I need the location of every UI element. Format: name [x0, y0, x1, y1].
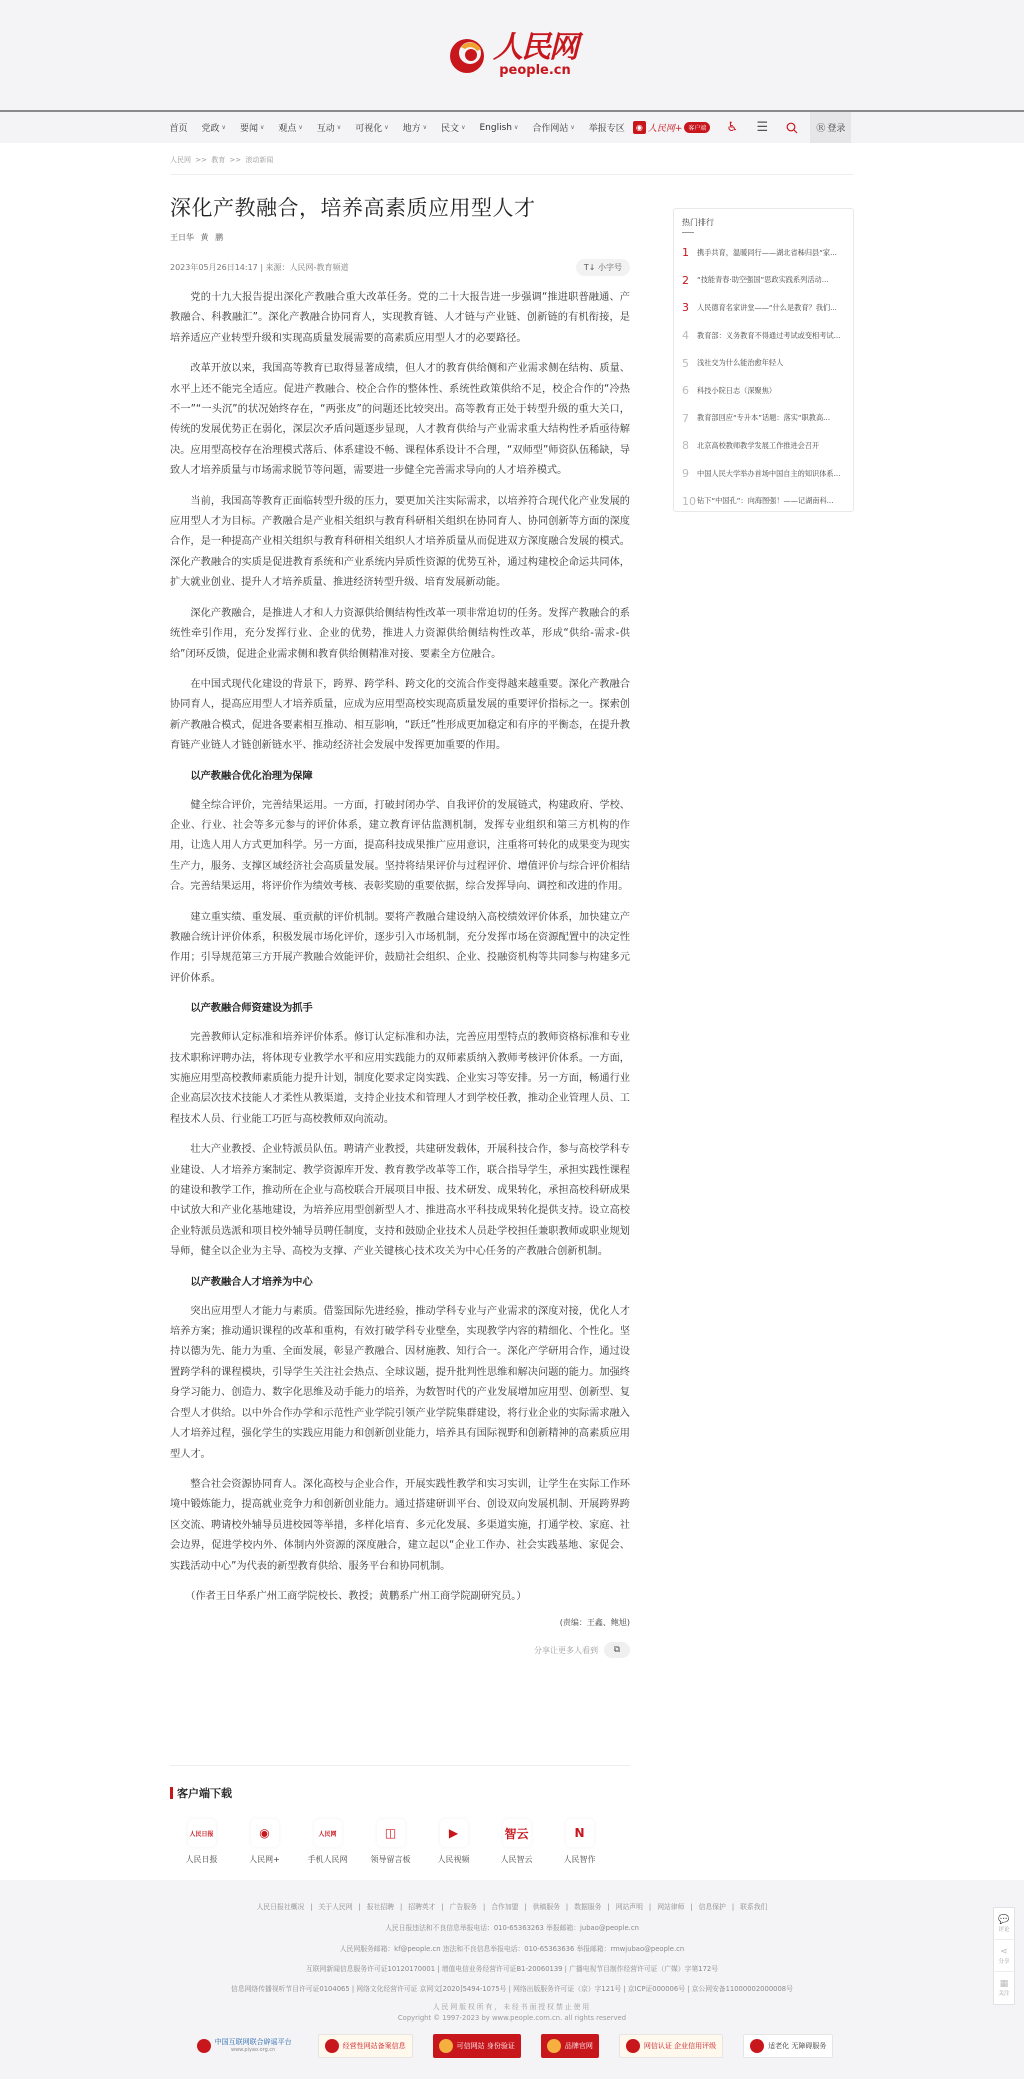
article-paragraph: 党的十九大报告提出深化产教融合重大改革任务。党的二十大报告进一步强调“推进职普融…: [170, 288, 630, 349]
section-heading: 以产教融合师资建设为抓手: [170, 999, 630, 1014]
hot-ranking-title: 热门排行: [682, 217, 845, 232]
rank-title: 北京高校教师教学发展工作推进会召开: [697, 441, 819, 451]
comment-icon: 💬: [998, 1915, 1009, 1925]
rank-number: 7: [682, 412, 694, 425]
title-underline: [682, 232, 694, 233]
article-authors: 王日华 黄 鹏: [170, 232, 630, 243]
app-label: 人民视频: [438, 1854, 470, 1865]
app-icon: 人民日报: [188, 1819, 216, 1847]
app-glyph: 人民网: [318, 1829, 336, 1838]
link-separator: |: [483, 1903, 485, 1911]
hot-ranking-item[interactable]: 8北京高校教师教学发展工作推进会召开: [682, 432, 845, 460]
nav-item-news[interactable]: 要闻∨: [240, 121, 264, 134]
rank-number: 8: [682, 439, 694, 452]
nav-item-home[interactable]: 首页: [170, 121, 188, 134]
app-icon: ▶: [440, 1819, 468, 1847]
trust-badge[interactable]: 经营性网站备案信息: [318, 2034, 413, 2058]
article-paragraph: 壮大产业教授、企业特派员队伍。聘请产业教授，共建研发载体，开展科技合作，参与高校…: [170, 1140, 630, 1262]
chevron-down-icon: ∨: [337, 124, 341, 131]
chevron-down-icon: ∨: [461, 124, 465, 131]
font-size-toggle[interactable]: T↓ 小字号: [576, 259, 630, 276]
menu-icon[interactable]: ☰: [750, 120, 774, 135]
login-button[interactable]: Ⓡ 登录: [810, 112, 851, 143]
hot-ranking-item[interactable]: 5浅社交为什么能治愈年轻人: [682, 349, 845, 377]
app-icon: 人民网: [314, 1819, 342, 1847]
trust-badge[interactable]: 网信认证 企业信用评级: [619, 2034, 723, 2058]
people-create-app[interactable]: N人民智作: [548, 1819, 611, 1865]
app-glyph: N: [574, 1826, 584, 1840]
divider: [170, 174, 854, 175]
link-separator: |: [732, 1903, 734, 1911]
search-icon[interactable]: [780, 122, 804, 134]
people-daily-app[interactable]: 人民日报人民日报: [170, 1819, 233, 1865]
footer-link[interactable]: 广告服务: [450, 1903, 477, 1911]
footer-link[interactable]: 合作加盟: [491, 1903, 518, 1911]
floating-action-bar: 💬评论⋖分享▦关注: [993, 1907, 1015, 2005]
link-separator: |: [359, 1903, 361, 1911]
badge-text: 网信认证 企业信用评级: [644, 2042, 716, 2050]
footer-link[interactable]: 数据服务: [574, 1903, 601, 1911]
app-label: 人民智作: [564, 1854, 596, 1865]
main-nav: 首页 党政∨ 要闻∨ 观点∨ 互动∨ 可视化∨ 地方∨ 民文∨ English∨…: [0, 112, 1024, 143]
footer-link[interactable]: 报社招聘: [367, 1903, 394, 1911]
hot-ranking-item[interactable]: 2“技能青春·助空强国”思政实践系列活动...: [682, 267, 845, 295]
hot-ranking-item[interactable]: 10钻下“中国孔”：向海图强！——记湖南科...: [682, 487, 845, 515]
nav-item-opinion[interactable]: 观点∨: [278, 121, 302, 134]
link-separator: |: [649, 1903, 651, 1911]
user-icon: Ⓡ: [816, 121, 825, 134]
badge-text: 适老化 无障碍服务: [768, 2042, 826, 2050]
app-downloads-title: 客户端下载: [170, 1785, 630, 1801]
app-glyph: 人民日报: [189, 1829, 213, 1838]
nav-item-party[interactable]: 党政∨: [202, 121, 226, 134]
nav-label: 举报专区: [589, 121, 625, 134]
nav-label: 要闻: [240, 121, 258, 134]
article-paragraph: 整合社会资源协同育人。深化高校与企业合作，开展实践性教学和实习实训，让学生在实际…: [170, 1475, 630, 1577]
footer-link[interactable]: 关于人民网: [319, 1903, 353, 1911]
section-heading: 以产教融合人才培养为中心: [170, 1273, 630, 1288]
link-separator: |: [310, 1903, 312, 1911]
footer-link[interactable]: 网站律师: [657, 1903, 684, 1911]
footer-link[interactable]: 网站声明: [616, 1903, 643, 1911]
share-row: 分享让更多人看到 ⧉: [170, 1642, 630, 1658]
trust-badges: 中国互联网联合辟谣平台www.piyao.org.cn经营性网站备案信息可信网站…: [0, 2034, 1024, 2058]
app-glyph: ▶: [449, 1826, 458, 1840]
copyright-text: Copyright © 1997-2023 by www.people.com.…: [0, 2013, 1024, 2024]
float-label: 分享: [998, 1957, 1009, 1965]
rights-text: 人民网版权所有，未经书面授权禁止使用: [0, 2002, 1024, 2013]
breadcrumb: 人民网 >> 教育 >> 滚动新闻: [170, 155, 273, 165]
app-label: 人民日报: [186, 1854, 218, 1865]
nav-item-ethnic[interactable]: 民文∨: [441, 121, 465, 134]
article-paragraph: 在中国式现代化建设的背景下，跨界、跨学科、跨文化的交流合作变得越来越重要。深化产…: [170, 675, 630, 757]
login-label: 登录: [827, 121, 845, 134]
nav-label: 观点: [278, 121, 296, 134]
app-name: 人民网+: [648, 121, 683, 134]
nav-label: 可视化: [355, 121, 382, 134]
section-heading: 以产教融合优化治理为保障: [170, 767, 630, 782]
rank-title: 教育部：义务教育不得通过考试或变相考试...: [697, 331, 840, 341]
article-paragraph: 完善教师认定标准和培养评价体系。修订认定标准和办法，完善应用型特点的教师资格标准…: [170, 1028, 630, 1130]
chevron-down-icon: ∨: [570, 124, 574, 131]
hot-ranking-item[interactable]: 1携手共育，温暖同行——湖北省秭归县“家...: [682, 239, 845, 267]
title-accent-bar: [170, 1787, 173, 1799]
logo-chinese-text: 人民网: [493, 32, 577, 64]
chevron-down-icon: ∨: [298, 124, 302, 131]
link-separator: |: [566, 1903, 568, 1911]
nav-item-interact[interactable]: 互动∨: [317, 121, 341, 134]
nav-item-visual[interactable]: 可视化∨: [355, 121, 388, 134]
qr-code-icon: ▦: [1000, 1979, 1009, 1989]
float-label: 评论: [998, 1925, 1009, 1933]
nav-item-partners[interactable]: 合作网站∨: [532, 121, 574, 134]
rank-number: 2: [682, 274, 694, 287]
article-paragraph: 健全综合评价，完善结果运用。一方面，打破封闭办学、自我评价的发展链式，构建政府、…: [170, 796, 630, 898]
rank-title: 钻下“中国孔”：向海图强！——记湖南科...: [697, 496, 834, 506]
app-glyph: ◉: [259, 1826, 269, 1840]
app-download-link[interactable]: ◉ 人民网+ 客户端: [633, 121, 711, 134]
nav-item-report[interactable]: 举报专区: [589, 121, 625, 134]
link-separator: |: [607, 1903, 609, 1911]
article-paragraph: （作者王日华系广州工商学院校长、教授；黄鹏系广州工商学院副研究员。）: [170, 1587, 630, 1607]
share-icon: ⧉: [614, 1645, 620, 1655]
footer-copyright: 人民网版权所有，未经书面授权禁止使用 Copyright © 1997-2023…: [0, 2002, 1024, 2024]
article-paragraph: 当前，我国高等教育正面临转型升级的压力，要更加关注实际需求，以培养符合现代化产业…: [170, 492, 630, 594]
follow-button[interactable]: ▦关注: [994, 1972, 1014, 2004]
chevron-down-icon: ∨: [384, 124, 388, 131]
chevron-down-icon: ∨: [423, 124, 427, 131]
accessibility-glyph: ♿: [727, 120, 739, 135]
hot-ranking: 热门排行 1携手共育，温暖同行——湖北省秭归县“家...2“技能青春·助空强国”…: [673, 208, 854, 512]
people-video-app[interactable]: ▶人民视频: [422, 1819, 485, 1865]
hot-ranking-item[interactable]: 9中国人民大学举办首场中国自主的知识体系...: [682, 460, 845, 488]
chevron-down-icon: ∨: [222, 124, 226, 131]
badge-text: 中国互联网联合辟谣平台: [215, 2038, 292, 2046]
app-logo-icon: ◉: [633, 121, 646, 134]
article-editor: (责编：王鑫、鲍旭): [170, 1617, 630, 1628]
app-downloads: 客户端下载 人民日报人民日报◉人民网+人民网手机人民网◫领导留言板▶人民视频智云…: [170, 1785, 630, 1865]
app-icon: ◫: [377, 1819, 405, 1847]
rank-title: 携手共育，温暖同行——湖北省秭归县“家...: [697, 248, 837, 258]
share-icon: ⋖: [1000, 1947, 1008, 1957]
nav-item-english[interactable]: English∨: [479, 123, 518, 133]
footer-link[interactable]: 招聘英才: [408, 1903, 435, 1911]
badge-emblem-icon: [547, 2039, 561, 2053]
nav-label: 互动: [317, 121, 335, 134]
nav-label: 合作网站: [532, 121, 568, 134]
rank-title: 教育部回应“专升本”话题：落实“职教高...: [697, 413, 830, 423]
breadcrumb-item[interactable]: 人民网: [170, 156, 191, 164]
rank-number: 4: [682, 329, 694, 342]
comment-button[interactable]: 💬评论: [994, 1908, 1014, 1940]
app-label: 手机人民网: [308, 1854, 348, 1865]
article-paragraph: 突出应用型人才能力与素质。借鉴国际先进经验，推动学科专业与产业需求的深度对接，优…: [170, 1302, 630, 1465]
link-separator: |: [690, 1903, 692, 1911]
hot-ranking-item[interactable]: 3人民德育名家讲堂——“什么是教育？我们...: [682, 294, 845, 322]
breadcrumb-item[interactable]: 滚动新闻: [245, 156, 273, 164]
rank-title: 人民德育名家讲堂——“什么是教育？我们...: [697, 303, 837, 313]
breadcrumb-separator: >>: [229, 156, 241, 164]
share-button[interactable]: ⧉: [604, 1642, 630, 1658]
footer-link[interactable]: 联系我们: [740, 1903, 767, 1911]
trust-badge[interactable]: 适老化 无障碍服务: [743, 2034, 833, 2058]
float-label: 关注: [998, 1989, 1009, 1997]
publish-info: 2023年05月26日14:17 | 来源：人民网-教育频道: [170, 262, 348, 273]
article-paragraph: 建立重实绩、重发展、重贡献的评价机制。要将产教融合建设纳入高校绩效评价体系，加快…: [170, 908, 630, 990]
app-label: 人民智云: [501, 1854, 533, 1865]
rank-number: 5: [682, 357, 694, 370]
badge-emblem-icon: [750, 2039, 764, 2053]
site-logo[interactable]: 人民网 people.cn: [447, 32, 577, 78]
article-body: 党的十九大报告提出深化产教融合重大改革任务。党的二十大报告进一步强调“推进职普融…: [170, 288, 630, 1607]
app-icon: N: [566, 1819, 594, 1847]
breadcrumb-separator: >>: [195, 156, 207, 164]
app-icon: 智云: [503, 1819, 531, 1847]
nav-label: 首页: [170, 121, 188, 134]
rank-number: 10: [682, 495, 694, 508]
accessibility-icon[interactable]: ♿: [720, 120, 744, 135]
client-badge: 客户端: [684, 122, 710, 133]
nav-item-local[interactable]: 地方∨: [403, 121, 427, 134]
article-paragraph: 深化产教融合，是推进人才和人力资源供给侧结构性改革一项非常迫切的任务。发挥产教融…: [170, 604, 630, 665]
chevron-down-icon: ∨: [514, 124, 518, 131]
menu-glyph: ☰: [757, 120, 769, 135]
hot-ranking-item[interactable]: 4教育部：义务教育不得通过考试或变相考试...: [682, 322, 845, 350]
footer-license-2: 信息网络传播视听节目许可证0104065 | 网络文化经营许可证 京网文[202…: [0, 1983, 1024, 1993]
search-glyph: [786, 122, 798, 134]
nav-label: 党政: [202, 121, 220, 134]
nav-label: 民文: [441, 121, 459, 134]
trust-badge[interactable]: 品牌官网: [541, 2034, 599, 2058]
rank-number: 1: [682, 246, 694, 259]
badge-subtext: www.piyao.org.cn: [215, 2046, 292, 2054]
badge-text: 品牌官网: [565, 2042, 593, 2050]
logo-english-text: people.cn: [499, 64, 571, 78]
app-glyph: 智云: [504, 1825, 528, 1842]
badge-text: 经营性网站备案信息: [343, 2042, 406, 2050]
badge-text: 可信网站 身份验证: [457, 2042, 515, 2050]
chevron-down-icon: ∨: [260, 124, 264, 131]
article-title: 深化产教融合，培养高素质应用型人才: [170, 190, 630, 226]
badge-emblem-icon: [325, 2039, 339, 2053]
hot-ranking-item[interactable]: 7教育部回应“专升本”话题：落实“职教高...: [682, 405, 845, 433]
share-text: 分享让更多人看到: [534, 1645, 598, 1656]
divider: [170, 1765, 630, 1766]
footer-contact-1: 人民日报违法和不良信息举报电话：010-65363263 举报邮箱：jubao@…: [0, 1922, 1024, 1932]
footer-link[interactable]: 供稿服务: [533, 1903, 560, 1911]
site-footer: 人民日报社概况|关于人民网|报社招聘|招聘英才|广告服务|合作加盟|供稿服务|数…: [0, 1880, 1024, 2079]
footer-license-1: 互联网新闻信息服务许可证10120170001 | 增值电信业务经营许可证B1-…: [0, 1963, 1024, 1973]
article-meta: 2023年05月26日14:17 | 来源：人民网-教育频道 T↓ 小字号: [170, 259, 630, 276]
share-side-button[interactable]: ⋖分享: [994, 1940, 1014, 1972]
leader-message-app[interactable]: ◫领导留言板: [359, 1819, 422, 1865]
app-label: 人民网+: [249, 1854, 280, 1865]
link-separator: |: [524, 1903, 526, 1911]
trust-badge[interactable]: 可信网站 身份验证: [433, 2034, 521, 2058]
rank-number: 9: [682, 467, 694, 480]
app-downloads-heading: 客户端下载: [177, 1785, 232, 1801]
rank-title: “技能青春·助空强国”思政实践系列活动...: [697, 275, 829, 285]
rank-title: 科技小院日志（深聚焦）: [697, 386, 776, 396]
trust-badge[interactable]: 中国互联网联合辟谣平台www.piyao.org.cn: [191, 2034, 298, 2058]
footer-link[interactable]: 人民日报社概况: [257, 1903, 305, 1911]
people-cloud-app[interactable]: 智云人民智云: [485, 1819, 548, 1865]
footer-contact-2: 人民网服务邮箱：kf@people.cn 违法和不良信息举报电话：010-653…: [0, 1943, 1024, 1953]
hot-ranking-item[interactable]: 6科技小院日志（深聚焦）: [682, 377, 845, 405]
badge-emblem-icon: [626, 2039, 640, 2053]
article: 深化产教融合，培养高素质应用型人才 王日华 黄 鹏 2023年05月26日14:…: [170, 190, 630, 1658]
nav-label: English: [479, 123, 512, 133]
rank-title: 中国人民大学举办首场中国自主的知识体系...: [697, 469, 840, 479]
logo-mark-icon: [447, 35, 487, 75]
article-paragraph: 改革开放以来，我国高等教育已取得显著成绩，但人才的教育供给侧和产业需求侧在结构、…: [170, 359, 630, 481]
app-icon: ◉: [251, 1819, 279, 1847]
site-header: 人民网 people.cn: [0, 0, 1024, 112]
app-glyph: ◫: [385, 1826, 396, 1840]
app-label: 领导留言板: [371, 1854, 411, 1865]
rank-title: 浅社交为什么能治愈年轻人: [697, 358, 783, 368]
link-separator: |: [400, 1903, 402, 1911]
mobile-people-app[interactable]: 人民网手机人民网: [296, 1819, 359, 1865]
rank-number: 6: [682, 384, 694, 397]
nav-label: 地方: [403, 121, 421, 134]
link-separator: |: [441, 1903, 443, 1911]
badge-emblem-icon: [197, 2039, 211, 2053]
breadcrumb-item[interactable]: 教育: [211, 156, 225, 164]
footer-link[interactable]: 信息保护: [699, 1903, 726, 1911]
people-net-plus-app[interactable]: ◉人民网+: [233, 1819, 296, 1865]
footer-links: 人民日报社概况|关于人民网|报社招聘|招聘英才|广告服务|合作加盟|供稿服务|数…: [0, 1901, 1024, 1911]
badge-emblem-icon: [439, 2039, 453, 2053]
rank-number: 3: [682, 301, 694, 314]
